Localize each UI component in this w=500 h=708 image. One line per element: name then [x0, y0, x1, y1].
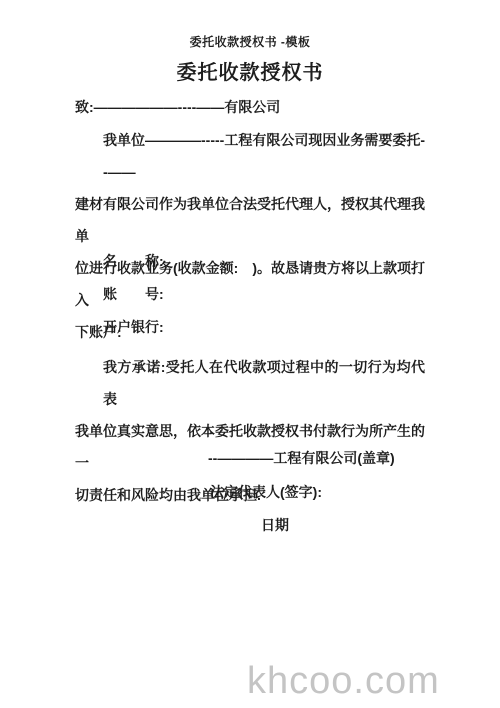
paragraph-line: 我单位————-----工程有限公司现因业务需要委托--——: [75, 124, 425, 188]
bank-account-block: 名 称: 账 号: 开户银行:: [103, 245, 164, 344]
watermark-text: khcoo.com: [247, 660, 440, 703]
document-title: 委托收款授权书: [0, 56, 500, 85]
company-seal-line: --————工程有限公司(盖章): [208, 448, 395, 468]
paragraph-line: 我方承诺:受托人在代收款项过程中的一切行为均代表: [75, 351, 425, 415]
paragraph-line: 建材有限公司作为我单位合法受托代理人，授权其代理我单: [75, 188, 425, 252]
bank-account-label: 账 号:: [103, 278, 164, 311]
bank-name-label: 名 称:: [103, 245, 164, 278]
date-label: 日期: [261, 515, 289, 535]
legal-representative-line: 法定代表人(签字):: [210, 482, 322, 502]
document-header-label: 委托收款授权书 -模板: [0, 33, 500, 50]
paragraph-line: 我单位真实意思，依本委托收款授权书付款行为所产生的一: [75, 415, 425, 479]
bank-branch-label: 开户银行:: [103, 311, 164, 344]
salutation-line: 致:——————----——有限公司: [75, 97, 280, 117]
document-page: 委托收款授权书 -模板 委托收款授权书 致:——————----——有限公司 我…: [0, 0, 500, 708]
